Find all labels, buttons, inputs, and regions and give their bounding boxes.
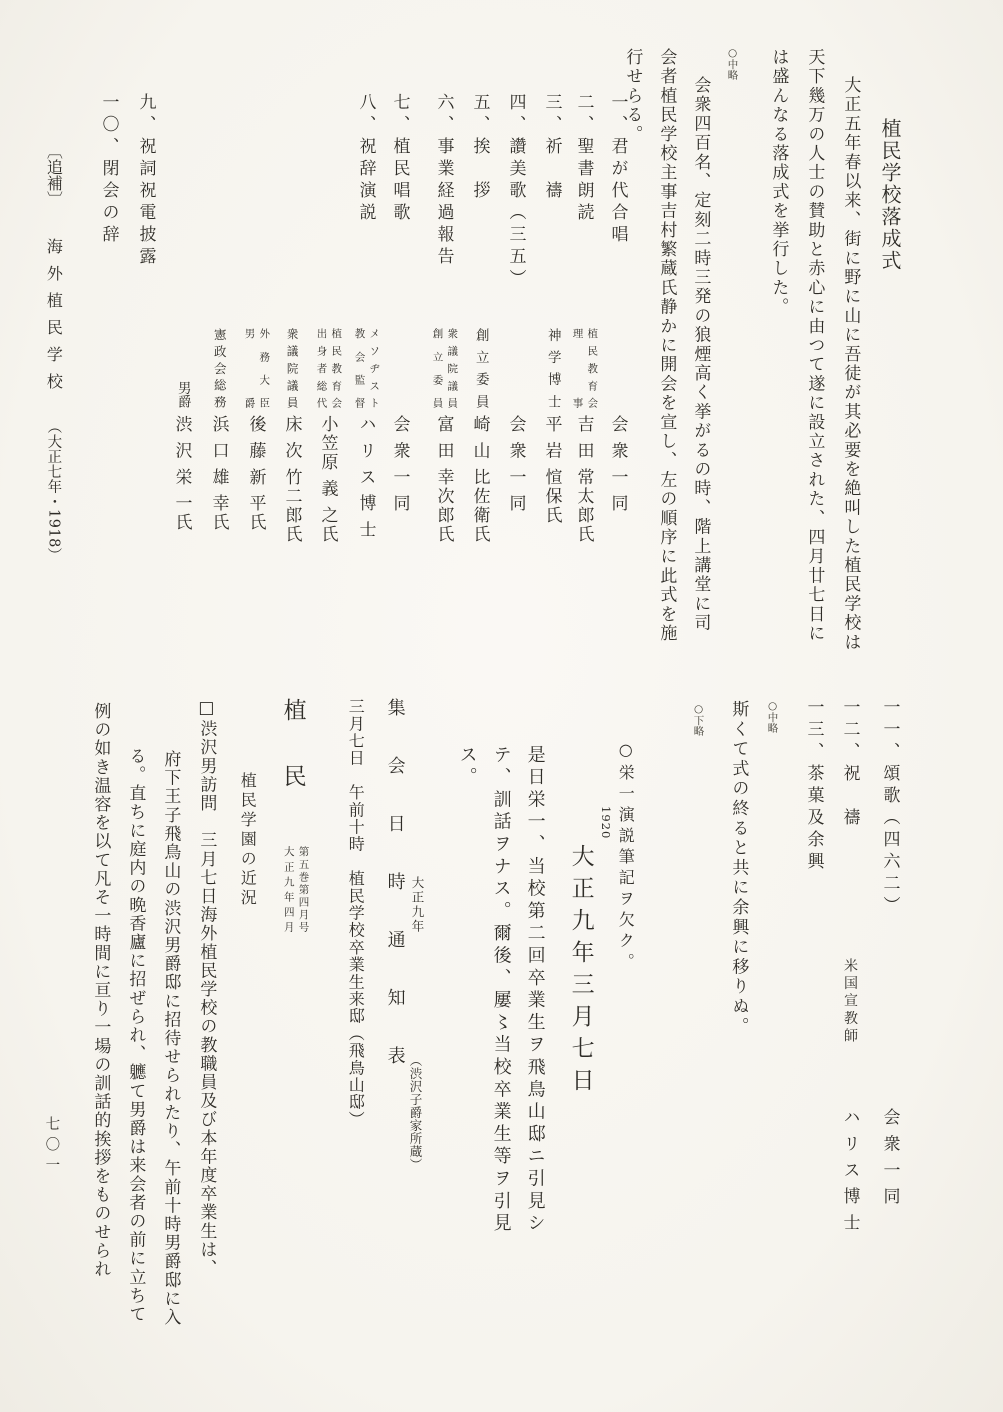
program-item-label: 四、讚美歌（三五） — [504, 93, 529, 291]
magazine-subtitle: 植民学園の近況 — [238, 772, 257, 909]
performer-name: 会 衆 一 同 — [504, 415, 529, 513]
speaker-annotation: 植民教育会理事 — [571, 328, 598, 408]
program-item: 七、植民唱歌 会 衆 一 同 — [382, 93, 418, 563]
news-column: る。直ちに庭内の晩香廬に招ぜられ、軈て男爵は来会者の前に立ちて — [125, 747, 145, 1324]
speaker-annotation: 外務大臣男爵 — [243, 328, 270, 408]
annotation-line: 男爵 — [243, 328, 255, 408]
omission-note: ○中略 — [726, 47, 738, 80]
speaker-annotation: メソヂスト教会監督 — [353, 328, 380, 408]
performer-name: 崎 山 比佐衛氏 — [468, 415, 493, 544]
news-column: 府下王子飛鳥山の渋沢男爵邸に招待せられたり、午前十時男爵邸に入 — [160, 750, 180, 1327]
notice-title: 集会日時通知表 — [384, 698, 406, 1104]
annotation-line: 教会監督 — [353, 328, 365, 408]
speaker-annotation: 創立委員 — [472, 328, 488, 408]
notice-entry: 三月七日 午前十時 植民学校卒業生来邸（飛鳥山邸） — [346, 698, 365, 1128]
annotation-line: メソヂスト — [368, 328, 380, 408]
performer-name: 浜 口 雄 幸氏 — [207, 415, 232, 532]
program-speaker: 植民教育会出身者総代 小笠原 義 之氏 — [310, 93, 346, 563]
performer-name: 後 藤 新 平氏 — [244, 415, 269, 532]
performer-name: 会 衆 一 同 — [606, 415, 631, 513]
performer-name: 吉 田 常太郎氏 — [572, 415, 597, 544]
speaker-annotation: 男爵 — [174, 328, 190, 408]
paragraph-column: 会者植民学校主事吉村繁蔵氏静かに開会を宣し、左の順序に此式を施 — [656, 48, 676, 643]
omission-note: ○中略 — [766, 700, 778, 733]
program-speaker: 憲政会総務 浜 口 雄 幸氏 — [201, 93, 237, 563]
program-item-label: 一〇、閉会の辞 — [97, 93, 122, 247]
program-item-label: 八、祝辞演説 — [354, 93, 379, 225]
program-item-label: 一二、祝 禱 — [838, 698, 863, 830]
program-item: 五、挨 拶 創立委員 崎 山 比佐衛氏 — [462, 93, 498, 563]
appendix-title: 海外植民学校 — [44, 238, 63, 400]
appendix-bracket: 〔追補〕 — [44, 143, 63, 207]
program-item-label: 三、祈 禱 — [540, 93, 565, 203]
program-item: 六、事業経過報告 衆議院議員創立委員 富 田 幸次郎氏 — [426, 93, 462, 563]
magazine-title: 植 民 — [278, 698, 306, 797]
page-number: 七〇一 — [42, 1116, 59, 1178]
annotation-line: 植民教育会 — [330, 328, 342, 408]
speaker-annotation: 神学博士 — [544, 328, 560, 408]
appendix-year: （大正七年・1918） — [45, 419, 61, 563]
program-item-label: 五、挨 拶 — [468, 93, 493, 203]
annotation-line: 出身者総代 — [315, 328, 327, 408]
performer-name: 床 次 竹二郎氏 — [280, 415, 305, 544]
diary-date-heading: 大正九年三月七日 — [566, 844, 594, 1100]
program-item: 一二、祝 禱 米国宣教師 ハ リ ス 博 士 — [832, 698, 868, 1258]
diary-year-ad: 1920 — [598, 806, 612, 839]
appendix-source-line: 〔追補〕 海外植民学校 （大正七年・1918） — [44, 143, 63, 563]
program-item-label: 九、祝詞祝電披露 — [134, 93, 159, 269]
closing-sentence: 斯くて式の終ると共に余興に移りぬ。 — [728, 700, 748, 1037]
performer-name: ハ リ ス 博 士 — [838, 1108, 863, 1233]
program-item: 二、聖書朗読 植民教育会理事 吉 田 常太郎氏 — [566, 93, 602, 563]
notice-source: （渋沢子爵家所蔵） — [408, 1054, 423, 1171]
speaker-annotation: 衆議院議員創立委員 — [431, 328, 458, 408]
performer-name: 会 衆 一 同 — [388, 415, 413, 513]
magazine-issue-pair: 第五巻第四月号 大正九年四月 — [282, 846, 309, 932]
performer-name: ハ リ ス 博 士 — [354, 415, 379, 540]
scanned-page: 植民学校落成式 大正五年春以来、街に野に山に吾徒が其必要を絶叫した植民学校は 天… — [0, 0, 1003, 1412]
diary-column: テ、訓話ヲナス。爾後、屢〻当校卒業生等ヲ引見 — [490, 745, 512, 1236]
annotation-line: 創立委員 — [431, 328, 443, 408]
speaker-annotation: 衆議院議員 — [285, 328, 298, 408]
news-column: 例の如き温容を以て凡そ一時間に亘り一場の訓話的挨拶をものせられ — [90, 702, 110, 1279]
program-item: 八、祝辞演説 メソヂスト教会監督 ハ リ ス 博 士 — [348, 93, 384, 563]
paragraph-column: 大正五年春以来、街に野に山に吾徒が其必要を絶叫した植民学校は — [840, 76, 860, 652]
paragraph-column: 会衆四百名、定刻二時三発の狼煙高く挙がるの時、階上講堂に司 — [690, 76, 710, 633]
magazine-issue-info: 第五巻第四月号 大正九年四月 — [282, 846, 309, 932]
program-item: 一三、茶菓及余興 — [796, 698, 832, 1258]
program-item-label: 二、聖書朗読 — [572, 93, 597, 225]
program-item: 一一、頌歌（四六二） 会 衆 一 同 — [872, 698, 908, 1258]
magazine-issue: 第五巻第四月号 — [297, 846, 309, 932]
diary-column: ス。 — [456, 745, 478, 790]
performer-name: 富 田 幸次郎氏 — [432, 415, 457, 544]
diary-column: 是日栄一、当校第二回卒業生ヲ飛鳥山邸ニ引見シ — [524, 745, 546, 1236]
program-speaker: 男爵 渋 沢 栄 一氏 — [164, 93, 200, 563]
speaker-annotation: 憲政会総務 — [212, 328, 226, 408]
program-item-label: 六、事業経過報告 — [432, 93, 457, 269]
annotation-line: 理事 — [571, 328, 583, 408]
performer-name: 平 岩 愃保氏 — [540, 415, 565, 525]
program-speaker: 衆議院議員 床 次 竹二郎氏 — [274, 93, 310, 563]
performer-name: 渋 沢 栄 一氏 — [170, 415, 195, 532]
document-title: 植民学校落成式 — [878, 118, 902, 272]
program-item: 九、祝詞祝電披露 — [128, 93, 164, 563]
program-item-label: 七、植民唱歌 — [388, 93, 413, 225]
missing-record-note: ○栄一演説筆記ヲ欠ク。 — [616, 740, 635, 974]
notice-era: 大正九年 — [410, 876, 425, 934]
program-item-label: 一、君が代合唱 — [606, 93, 631, 247]
annotation-line: 植民教育会 — [586, 328, 598, 408]
program-item: 三、祈 禱 神学博士 平 岩 愃保氏 — [534, 93, 570, 563]
program-item-label: 一三、茶菓及余興 — [802, 698, 827, 874]
speaker-annotation: 植民教育会出身者総代 — [315, 328, 342, 408]
performer-name: 会 衆 一 同 — [878, 1108, 903, 1206]
program-item: 一〇、閉会の辞 — [91, 93, 127, 563]
omission-note: ○下略 — [692, 703, 704, 736]
speaker-annotation: 米国宣教師 — [842, 958, 858, 1042]
annotation-line: 衆議院議員 — [446, 328, 458, 408]
news-column: □渋沢男訪問 三月七日海外植民学校の教職員及び本年度卒業生は、 — [196, 698, 216, 1278]
magazine-issue-date: 大正九年四月 — [282, 846, 294, 932]
paragraph-column: 天下幾万の人士の賛助と赤心に由つて遂に設立された、四月廿七日に — [804, 48, 824, 643]
program-item: 四、讚美歌（三五） 会 衆 一 同 — [498, 93, 534, 563]
performer-name: 小笠原 義 之氏 — [316, 415, 341, 544]
program-speaker: 外務大臣男爵 後 藤 新 平氏 — [238, 93, 274, 563]
program-item-label: 一一、頌歌（四六二） — [878, 698, 903, 918]
program-item: 一、君が代合唱 会 衆 一 同 — [600, 93, 636, 563]
annotation-line: 外務大臣 — [258, 328, 270, 408]
paragraph-column: は盛んなる落成式を挙行した。 — [768, 48, 788, 317]
